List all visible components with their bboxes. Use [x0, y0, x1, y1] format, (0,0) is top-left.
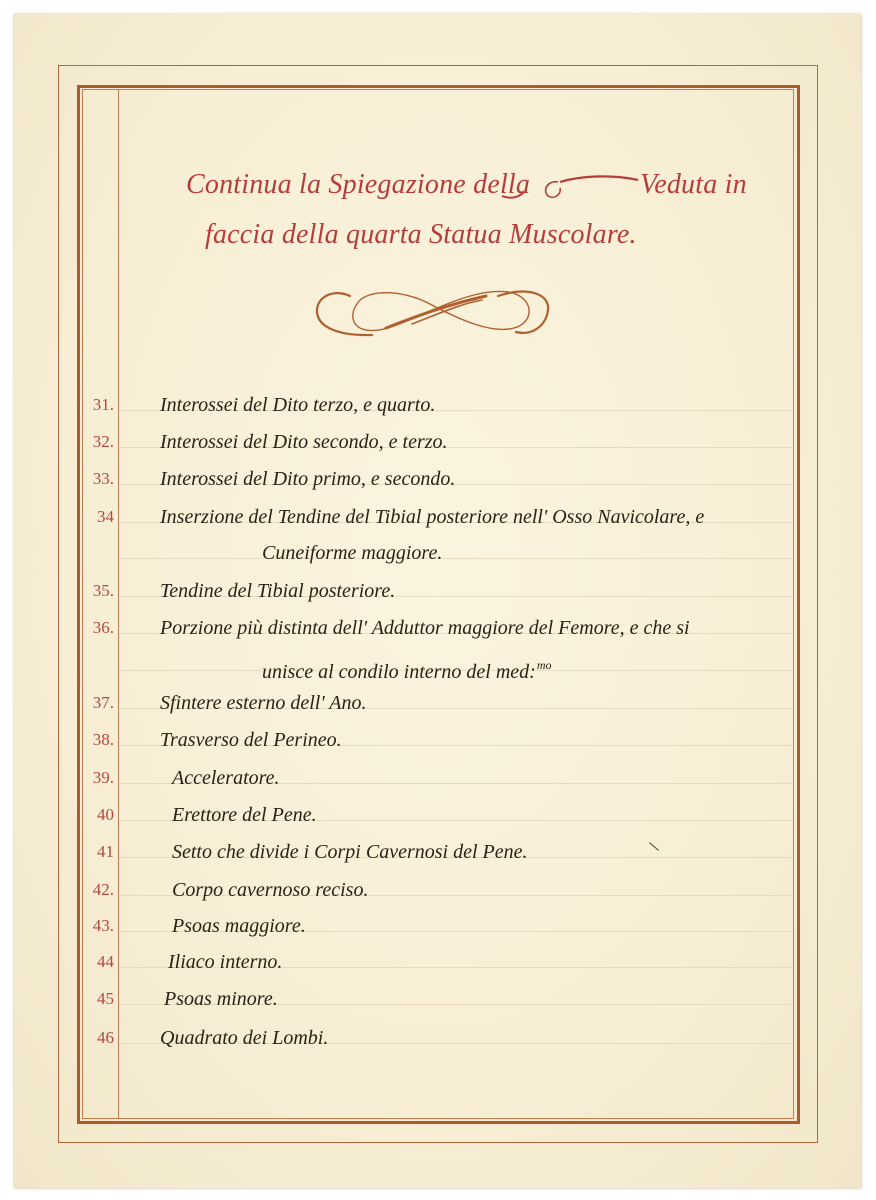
entry-text: Sfintere esterno dell' Ano.: [160, 691, 366, 715]
list-item: 41 Setto che divide i Corpi Cavernosi de…: [84, 840, 784, 864]
entry-number: 32.: [84, 430, 114, 454]
list-item: 34 Inserzione del Tendine del Tibial pos…: [84, 505, 784, 529]
entry-text: Erettore del Pene.: [172, 803, 317, 827]
superscript-abbreviation: mo: [537, 658, 552, 672]
entry-text: Tendine del Tibial posteriore.: [160, 579, 395, 603]
entry-text: Psoas minore.: [164, 987, 278, 1011]
entry-number: 45: [84, 987, 114, 1011]
entry-text: Setto che divide i Corpi Cavernosi del P…: [172, 840, 527, 864]
list-item: 42. Corpo cavernoso reciso.: [84, 878, 784, 902]
list-item: 31. Interossei del Dito terzo, e quarto.: [84, 393, 784, 417]
entry-text: Iliaco interno.: [168, 950, 282, 974]
title-line-1-end: Veduta in: [640, 168, 747, 202]
entry-text: Inserzione del Tendine del Tibial poster…: [160, 505, 704, 529]
list-item: 35. Tendine del Tibial posteriore.: [84, 579, 784, 603]
list-item: 36. Porzione più distinta dell' Adduttor…: [84, 616, 784, 640]
flourish-ornament-icon: [300, 280, 580, 350]
entry-number: 36.: [84, 616, 114, 640]
entry-continuation: unisce al condilo interno del med:mo: [262, 653, 552, 684]
entry-number: 37.: [84, 691, 114, 715]
entry-number: 40: [84, 803, 114, 827]
entry-number: 34: [84, 505, 114, 529]
entry-continuation-text: unisce al condilo interno del med:: [262, 661, 536, 683]
entry-number: 44: [84, 950, 114, 974]
list-item: 44 Iliaco interno.: [84, 950, 784, 974]
entry-text: Porzione più distinta dell' Adduttor mag…: [160, 616, 690, 640]
entry-text: Quadrato dei Lombi.: [160, 1026, 328, 1050]
title-line-1-start: Continua la Spiegazione della: [186, 168, 530, 202]
entry-continuation: Cuneiforme maggiore.: [262, 541, 442, 565]
list-item: 32. Interossei del Dito secondo, e terzo…: [84, 430, 784, 454]
entry-number: 43.: [84, 914, 114, 938]
list-item: 38. Trasverso del Perineo.: [84, 728, 784, 752]
entry-text: Interossei del Dito terzo, e quarto.: [160, 393, 435, 417]
entry-number: 38.: [84, 728, 114, 752]
entry-number: 46: [84, 1026, 114, 1050]
list-item: 43. Psoas maggiore.: [84, 914, 784, 938]
entry-text: Psoas maggiore.: [172, 914, 306, 938]
list-item: 40 Erettore del Pene.: [84, 803, 784, 827]
entry-number: 41: [84, 840, 114, 864]
list-item: 39. Acceleratore.: [84, 766, 784, 790]
entry-text: Interossei del Dito primo, e secondo.: [160, 467, 455, 491]
entry-number: 35.: [84, 579, 114, 603]
entry-text: Trasverso del Perineo.: [160, 728, 342, 752]
ruled-line: [120, 558, 792, 559]
list-item: 37. Sfintere esterno dell' Ano.: [84, 691, 784, 715]
entry-number: 42.: [84, 878, 114, 902]
title-line-2: faccia della quarta Statua Muscolare.: [205, 218, 637, 252]
list-item: 46 Quadrato dei Lombi.: [84, 1026, 784, 1050]
title-swash-icon: [500, 172, 640, 202]
entry-number: 31.: [84, 393, 114, 417]
entry-text: Acceleratore.: [172, 766, 280, 790]
entry-text: Interossei del Dito secondo, e terzo.: [160, 430, 448, 454]
list-item: 33. Interossei del Dito primo, e secondo…: [84, 467, 784, 491]
entry-number: 33.: [84, 467, 114, 491]
entry-number: 39.: [84, 766, 114, 790]
entry-text: Corpo cavernoso reciso.: [172, 878, 368, 902]
list-item: 45 Psoas minore.: [84, 987, 784, 1011]
